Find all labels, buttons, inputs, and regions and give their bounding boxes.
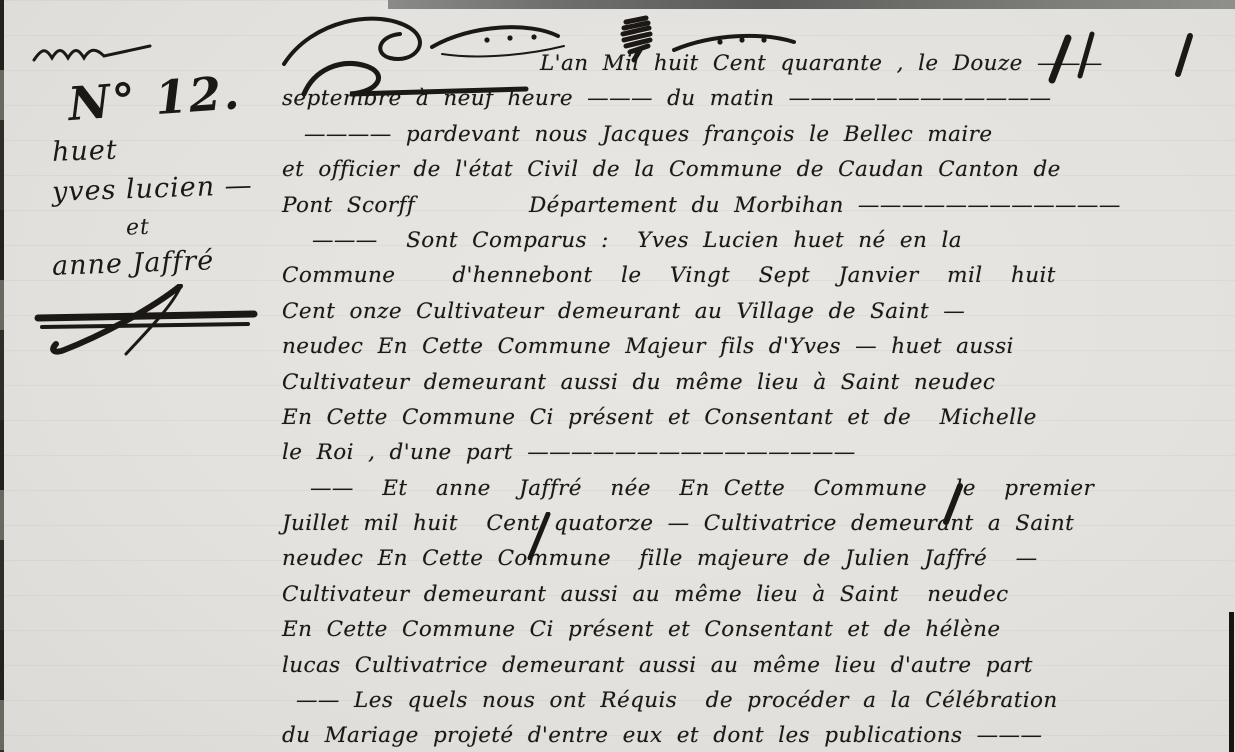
manuscript-line: Cent onze Cultivateur demeurant au Villa… — [282, 294, 1230, 329]
manuscript-line: lucas Cultivatrice demeurant aussi au mê… — [282, 648, 1230, 683]
manuscript-line: —— Et anne Jaffré née En Cette Commune l… — [282, 471, 1230, 506]
record-number: N° 12. — [66, 63, 276, 131]
manuscript-line: neudec En Cette Commune fille majeure de… — [282, 541, 1230, 576]
manuscript-line: ——— Sont Comparus : Yves Lucien huet né … — [282, 223, 1230, 258]
margin-annotations: N° 12. huetyves lucien —etanne Jaffré — [30, 40, 275, 362]
margin-underline-paraph-icon — [30, 284, 270, 362]
margin-name: anne Jaffré — [52, 243, 276, 282]
scanned-register-page: N° 12. huetyves lucien —etanne Jaffré L'… — [0, 0, 1235, 752]
manuscript-line: Commune d'hennebont le Vingt Sept Janvie… — [282, 258, 1230, 293]
margin-name: et — [126, 210, 276, 240]
manuscript-lines: L'an Mil huit Cent quarante , le Douze —… — [282, 46, 1230, 752]
manuscript-line: Juillet mil huit Cent quatorze — Cultiva… — [282, 506, 1230, 541]
manuscript-line: Cultivateur demeurant aussi au même lieu… — [282, 577, 1230, 612]
manuscript-line: En Cette Commune Ci présent et Consentan… — [282, 612, 1230, 647]
margin-name: yves lucien — — [52, 169, 276, 208]
manuscript-line: et officier de l'état Civil de la Commun… — [282, 152, 1230, 187]
margin-names: huetyves lucien —etanne Jaffré — [30, 133, 275, 278]
manuscript-line: L'an Mil huit Cent quarante , le Douze —… — [282, 46, 1230, 81]
manuscript-line: En Cette Commune Ci présent et Consentan… — [282, 400, 1230, 435]
manuscript-line: septembre à neuf heure ——— du matin ————… — [282, 81, 1230, 116]
manuscript-line: Pont Scorff Département du Morbihan ————… — [282, 188, 1230, 223]
manuscript-line: du Mariage projeté d'entre eux et dont l… — [282, 718, 1230, 752]
manuscript-line: ———— pardevant nous Jacques françois le … — [282, 117, 1230, 152]
manuscript-line: neudec En Cette Commune Majeur fils d'Yv… — [282, 329, 1230, 364]
margin-name: huet — [52, 129, 276, 168]
manuscript-line: le Roi , d'une part ——————————————— — [282, 435, 1230, 470]
scan-edge-left — [0, 0, 4, 752]
manuscript-line: —— Les quels nous ont Réquis de procéder… — [282, 683, 1230, 718]
margin-squiggle-icon — [30, 40, 180, 66]
manuscript-line: Cultivateur demeurant aussi du même lieu… — [282, 365, 1230, 400]
